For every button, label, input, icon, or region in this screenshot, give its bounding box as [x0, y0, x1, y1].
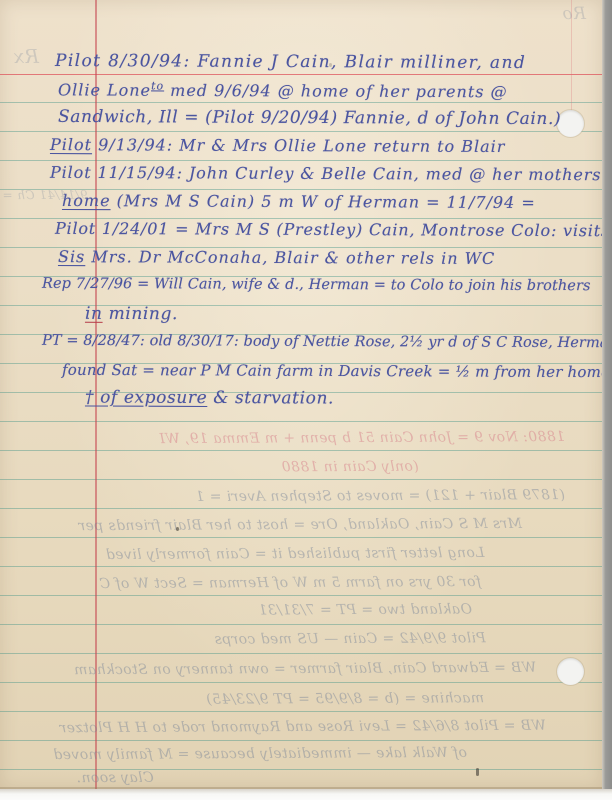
- bleedthrough-line: (1879 Blair + 121) = moves to Stephen Av…: [225, 487, 565, 505]
- handwriting-line-7: Pilot 1/24/01 = Mrs M S (Prestley) Cain,…: [55, 219, 610, 240]
- handwriting-line-9: Rep 7/27/96 = Will Cain, wife & d., Herm…: [42, 276, 591, 294]
- bleedthrough-line: 1880: Nov 9 = John Cain 51 b penn + m Em…: [185, 429, 565, 447]
- text: & starvation.: [207, 388, 334, 409]
- bleedthrough-line: Oakland two = PT = 7/31/31: [225, 601, 505, 618]
- underlined-word: Pilot: [50, 135, 92, 154]
- text: Mrs. Dr McConaha, Blair & other rels in …: [85, 247, 495, 268]
- handwriting-line-2: Ollie Loneto med 9/6/94 @ home of her pa…: [58, 79, 508, 101]
- text: mining.: [103, 304, 178, 324]
- handwriting-line-12: found Sat = near P M Cain farm in Davis …: [62, 361, 612, 381]
- bleedthrough-line: WB = Pilot 8/6/42 = Levi Rose and Raymon…: [30, 718, 575, 737]
- bleedthrough-line: Pilot 9/9/42 = Cain — US med corps: [185, 630, 515, 648]
- handwriting-line-11: PT = 8/28/47: old 8/30/17: body of Netti…: [42, 333, 612, 352]
- bleedthrough-line: for 30 yrs on farm 5 m W of Herman = Sec…: [55, 574, 525, 592]
- scan-edge-bottom: [0, 789, 612, 800]
- handwriting-line-4: Pilot 9/13/94: Mr & Mrs Ollie Lone retur…: [50, 135, 506, 156]
- scanned-page: Pilot 8/30/94: Fannie J Cain, Blair mill…: [0, 0, 612, 800]
- ghost-mark-top-right: Ro: [552, 4, 596, 24]
- handwriting-line-13: † of exposure & starvation.: [85, 387, 334, 408]
- handwriting-line-10: in mining.: [85, 304, 178, 324]
- underlined-word: Sis: [58, 247, 85, 266]
- text: med 9/6/94 @ home of her parents @: [164, 81, 508, 101]
- bleedthrough-line: Mrs M S Cain, Oakland, Ore = host to her…: [35, 516, 565, 535]
- text: Ollie Lone: [58, 80, 151, 99]
- text: Pilot 11/15/94: John Curley & Belle Cain…: [50, 163, 601, 184]
- ghost-mark-top-left: Rx: [4, 46, 48, 68]
- text: found Sat = near P M Cain farm in Davis …: [62, 361, 612, 381]
- text: 9/13/94: Mr & Mrs Ollie Lone return to B…: [92, 135, 505, 156]
- scan-edge-right: [602, 0, 612, 789]
- text: Rep 7/27/96 = Will Cain, wife & d., Herm…: [42, 276, 591, 294]
- dust-speck: [176, 527, 179, 531]
- dust-speck: [476, 768, 479, 776]
- bleedthrough-line: machine = (b = 8/9/95 = PT 9/23/45): [175, 690, 515, 708]
- dust-speck: [329, 63, 332, 67]
- underlined-word: in: [85, 304, 103, 324]
- handwriting-line-3: Sandwich, Ill = (Pilot 9/20/94) Fannie, …: [58, 107, 561, 129]
- top-red-rule: [0, 74, 602, 75]
- bleedthrough-line: Long letter first published it = Cain fo…: [45, 545, 545, 564]
- bleedthrough-line: of Walk lake — immediately because = M f…: [40, 745, 480, 763]
- bleedthrough-line: (only Cain in 1880: [245, 458, 455, 475]
- bleedthrough-line: Clay soon.: [55, 770, 175, 787]
- handwriting-line-5: Pilot 11/15/94: John Curley & Belle Cain…: [50, 163, 601, 184]
- handwriting-line-6: home (Mrs M S Cain) 5 m W of Herman = 11…: [62, 191, 536, 212]
- superscript-insertion: to: [151, 79, 164, 92]
- handwriting-line-8: Sis Mrs. Dr McConaha, Blair & other rels…: [58, 247, 495, 268]
- bleedthrough-line: WB = Edward Cain, Blair farmer = own tan…: [35, 660, 575, 679]
- text: Pilot 8/30/94: Fannie J Cain, Blair mill…: [55, 51, 526, 73]
- text: (Mrs M S Cain) 5 m W of Herman = 11/7/94…: [111, 191, 536, 212]
- text: PT = 8/28/47: old 8/30/17: body of Netti…: [42, 333, 612, 352]
- ghost-mark-left-edge: 9/14/41 Ch =: [0, 188, 90, 202]
- text: Sandwich, Ill = (Pilot 9/20/94) Fannie, …: [58, 107, 561, 129]
- underlined-phrase: † of exposure: [85, 387, 207, 408]
- handwriting-line-1: Pilot 8/30/94: Fannie J Cain, Blair mill…: [55, 51, 526, 73]
- text: Pilot 1/24/01 = Mrs M S (Prestley) Cain,…: [55, 219, 610, 240]
- paper-sheet: Pilot 8/30/94: Fannie J Cain, Blair mill…: [0, 0, 602, 789]
